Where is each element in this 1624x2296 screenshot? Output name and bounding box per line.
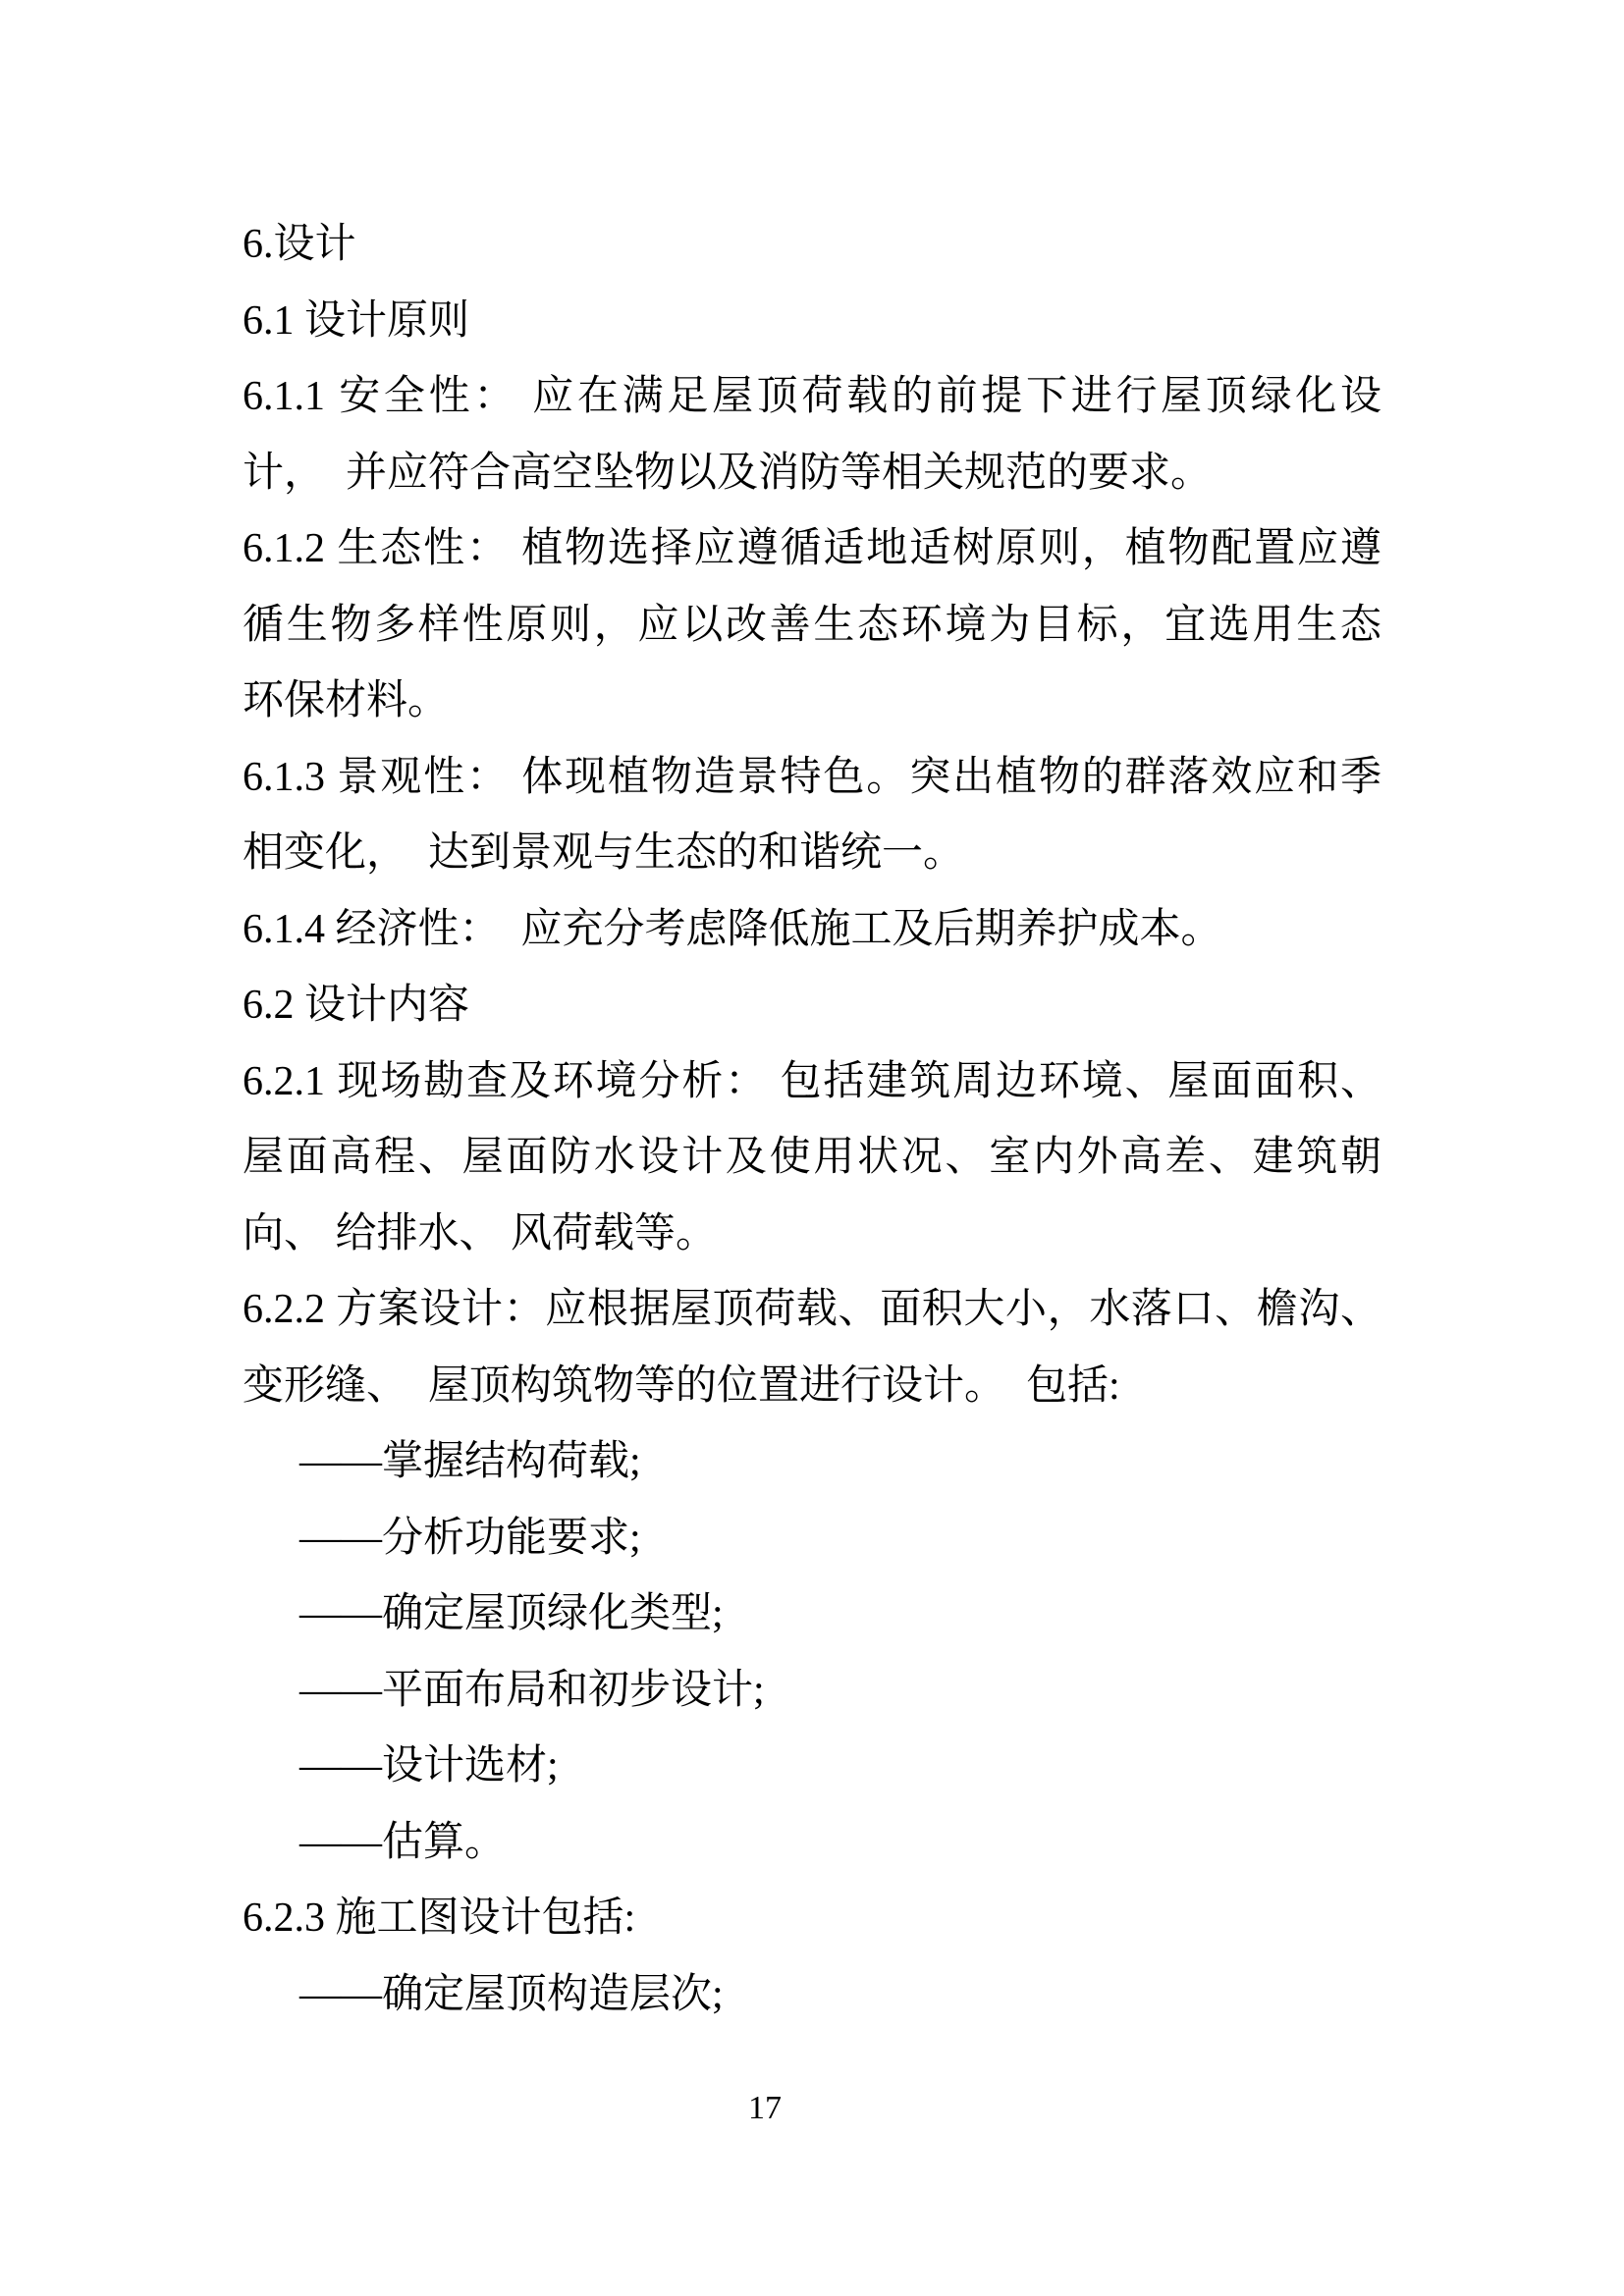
text-line: 6.1.2 生态性： 植物选择应遵循适地适树原则，植物配置应遵 xyxy=(243,511,1381,588)
text-line: ——估算。 xyxy=(299,1805,1381,1882)
text-line: ——设计选材; xyxy=(299,1729,1381,1805)
section-heading: 6.设计 xyxy=(243,207,1381,284)
text-line: 循生物多样性原则，应以改善生态环境为目标，宜选用生态 xyxy=(243,588,1381,665)
section-heading: 6.2 设计内容 xyxy=(243,968,1381,1044)
text-line: 相变化， 达到景观与生态的和谐统一。 xyxy=(243,816,1381,892)
text-line: 变形缝、 屋顶构筑物等的位置进行设计。 包括: xyxy=(243,1349,1381,1425)
text-line: 向、 给排水、 风荷载等。 xyxy=(243,1197,1381,1273)
text-line: ——平面布局和初步设计; xyxy=(299,1653,1381,1730)
text-line: 屋面高程、屋面防水设计及使用状况、室内外高差、建筑朝 xyxy=(243,1120,1381,1197)
text-line: 6.2.2 方案设计：应根据屋顶荷载、面积大小，水落口、檐沟、 xyxy=(243,1272,1381,1349)
text-line: ——确定屋顶构造层次; xyxy=(299,1957,1381,2034)
text-line: ——掌握结构荷载; xyxy=(299,1424,1381,1501)
text-line: 6.1.1 安全性： 应在满足屋顶荷载的前提下进行屋顶绿化设 xyxy=(243,359,1381,436)
text-line: 6.2.3 施工图设计包括: xyxy=(243,1881,1381,1957)
text-line: 环保材料。 xyxy=(243,664,1381,740)
section-heading: 6.1 设计原则 xyxy=(243,284,1381,360)
text-line: 6.1.4 经济性： 应充分考虑降低施工及后期养护成本。 xyxy=(243,892,1381,969)
text-line: ——分析功能要求; xyxy=(299,1501,1381,1577)
text-line: 6.2.1 现场勘查及环境分析： 包括建筑周边环境、屋面面积、 xyxy=(243,1044,1381,1121)
text-line: 6.1.3 景观性： 体现植物造景特色。突出植物的群落效应和季 xyxy=(243,740,1381,817)
document-body: 6.设计6.1 设计原则6.1.1 安全性： 应在满足屋顶荷载的前提下进行屋顶绿… xyxy=(243,207,1381,2033)
text-line: 计， 并应符合高空坠物以及消防等相关规范的要求。 xyxy=(243,436,1381,512)
document-page: 6.设计6.1 设计原则6.1.1 安全性： 应在满足屋顶荷载的前提下进行屋顶绿… xyxy=(0,0,1624,2296)
text-line: ——确定屋顶绿化类型; xyxy=(299,1576,1381,1653)
page-number: 17 xyxy=(0,2087,1530,2130)
